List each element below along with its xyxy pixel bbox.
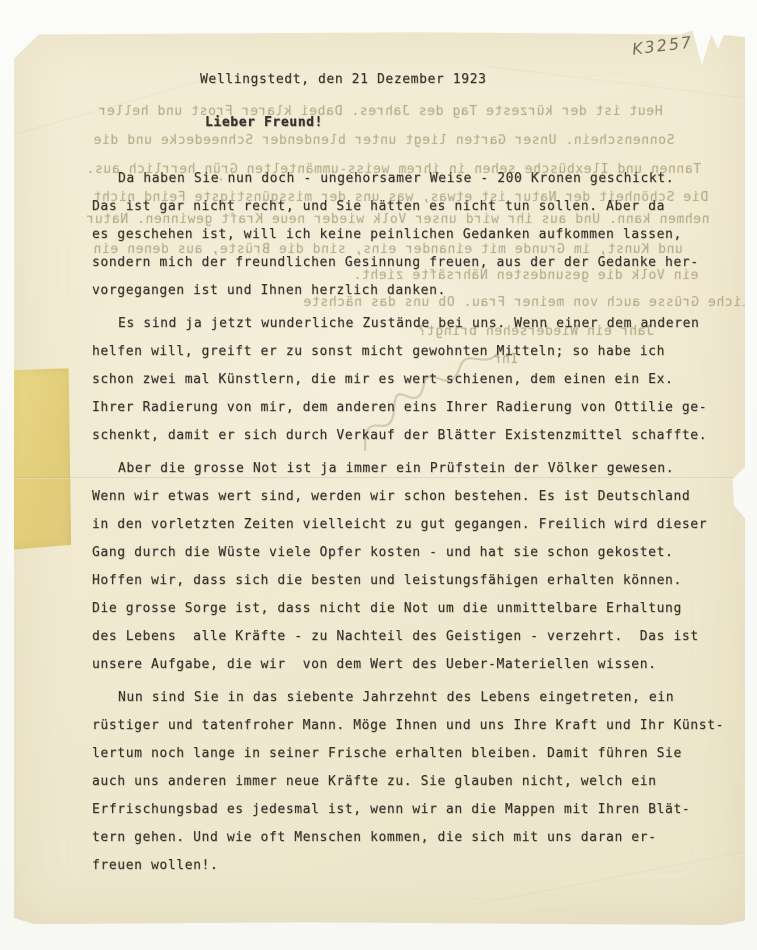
typed-line: vorgegangen ist und Ihnen herzlich danke… bbox=[92, 277, 747, 305]
typed-line: lertum noch lange in seiner Frische erha… bbox=[92, 740, 747, 768]
typed-line: Ihrer Radierung von mir, dem anderen ein… bbox=[92, 394, 747, 422]
typed-line: schon zwei mal Künstlern, die mir es wer… bbox=[92, 366, 747, 394]
typed-line: Da haben Sie nun doch - ungehorsamer Wei… bbox=[92, 165, 747, 193]
typed-line: helfen will, greift er zu sonst micht ge… bbox=[92, 338, 747, 366]
typed-line: rüstiger und tatenfroher Mann. Möge Ihne… bbox=[92, 712, 747, 740]
typed-line: Gang durch die Wüste viele Opfer kosten … bbox=[92, 539, 747, 567]
letter-salutation: Lieber Freund! bbox=[205, 115, 323, 130]
typed-line: auch uns anderen immer neue Kräfte zu. S… bbox=[92, 768, 747, 796]
typed-line: tern gehen. Und wie oft Menschen kommen,… bbox=[92, 824, 747, 852]
letter-dateline: Wellingstedt, den 21 Dezember 1923 bbox=[200, 72, 487, 87]
typed-line: Hoffen wir, dass sich die besten und lei… bbox=[92, 567, 747, 595]
typed-line: Erfrischungsbad es jedesmal ist, wenn wi… bbox=[92, 796, 747, 824]
letter-sheet: K3257 Heut ist der kürzeste Tag des Jahr… bbox=[14, 30, 745, 925]
letter-body: Da haben Sie nun doch - ungehorsamer Wei… bbox=[92, 160, 747, 880]
typed-line: in den vorletzten Zeiten vielleicht zu g… bbox=[92, 511, 747, 539]
typed-line: des Lebens alle Kräfte - zu Nachteil des… bbox=[92, 623, 747, 651]
typed-line: unsere Aufgabe, die wir von dem Wert des… bbox=[92, 651, 747, 679]
typed-line: Die grosse Sorge ist, dass nicht die Not… bbox=[92, 595, 747, 623]
typed-line: sondern mich der freundlichen Gesinnung … bbox=[92, 249, 747, 277]
typed-line: Aber die grosse Not ist ja immer ein Prü… bbox=[92, 455, 747, 483]
typed-line: Wenn wir etwas wert sind, werden wir sch… bbox=[92, 483, 747, 511]
typed-letter-text: Wellingstedt, den 21 Dezember 1923 Liebe… bbox=[14, 30, 745, 925]
typed-line: Das ist gar nicht recht, und Sie hätten … bbox=[92, 193, 747, 221]
typed-line: schenkt, damit er sich durch Verkauf der… bbox=[92, 422, 747, 450]
typed-line: Es sind ja jetzt wunderliche Zustände be… bbox=[92, 310, 747, 338]
typed-line: freuen wollen!. bbox=[92, 852, 747, 880]
typed-line: Nun sind Sie in das siebente Jahrzehnt d… bbox=[92, 684, 747, 712]
typed-line: es geschehen ist, will ich keine peinlic… bbox=[92, 221, 747, 249]
